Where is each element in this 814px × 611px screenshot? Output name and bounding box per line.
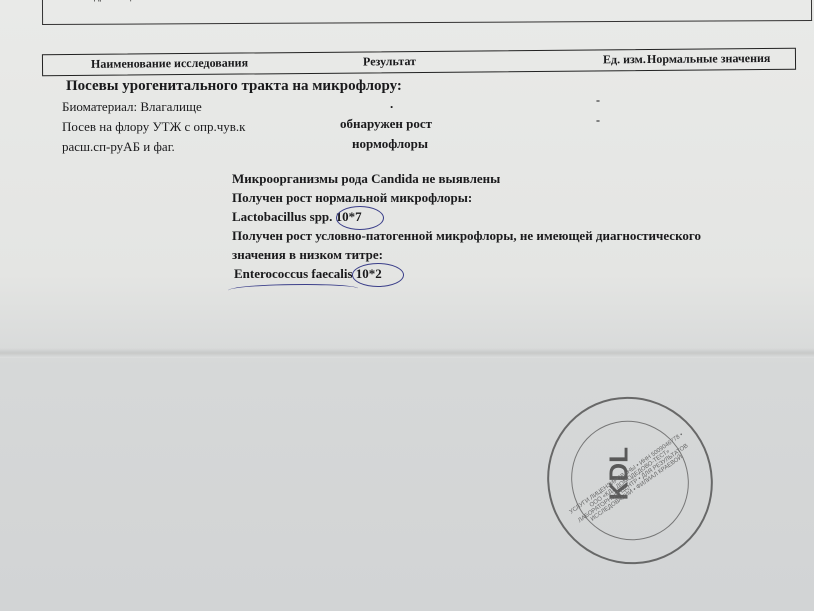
finding-line: Микроорганизмы рода Candida не выявлены: [232, 171, 500, 187]
section-title: Посевы урогенитального тракта на микрофл…: [66, 78, 402, 95]
pen-circle-mark: [336, 206, 384, 230]
row-name: Посев на флору УТЖ с опр.чув.к: [62, 119, 245, 135]
row-name: расш.сп-руАБ и фаг.: [62, 139, 175, 155]
row-result: обнаружен рост: [340, 116, 432, 132]
address-label: Адрес пациента:: [88, 0, 158, 2]
pen-circle-mark: [352, 263, 404, 287]
kdl-stamp: KDL УСЛУГИ ЛИЦЕНЗИРОВАНЫ • ИНН 500904677…: [514, 364, 745, 597]
row-normal: -: [596, 113, 600, 128]
finding-line: значения в низком титре:: [232, 247, 383, 263]
col-normal: Нормальные значения: [647, 51, 771, 67]
col-result: Результат: [363, 54, 416, 69]
results-table-header: Наименование исследования Результат Ед. …: [42, 48, 796, 77]
col-units: Ед. изм.: [603, 52, 646, 67]
row-normal: -: [596, 93, 600, 108]
col-name: Наименование исследования: [91, 55, 248, 71]
paper-fold: [0, 348, 814, 358]
finding-line: Получен рост условно-патогенной микрофло…: [232, 228, 701, 244]
patient-info-box: Адрес пациента: Пол: женский: [42, 0, 812, 25]
pen-underline-mark: [228, 284, 358, 295]
row-result: .: [390, 96, 393, 112]
row-name: Биоматериал: Влагалище: [62, 99, 202, 115]
row-result: нормофлоры: [352, 136, 428, 152]
finding-line: Получен рост нормальной микрофлоры:: [232, 190, 472, 206]
